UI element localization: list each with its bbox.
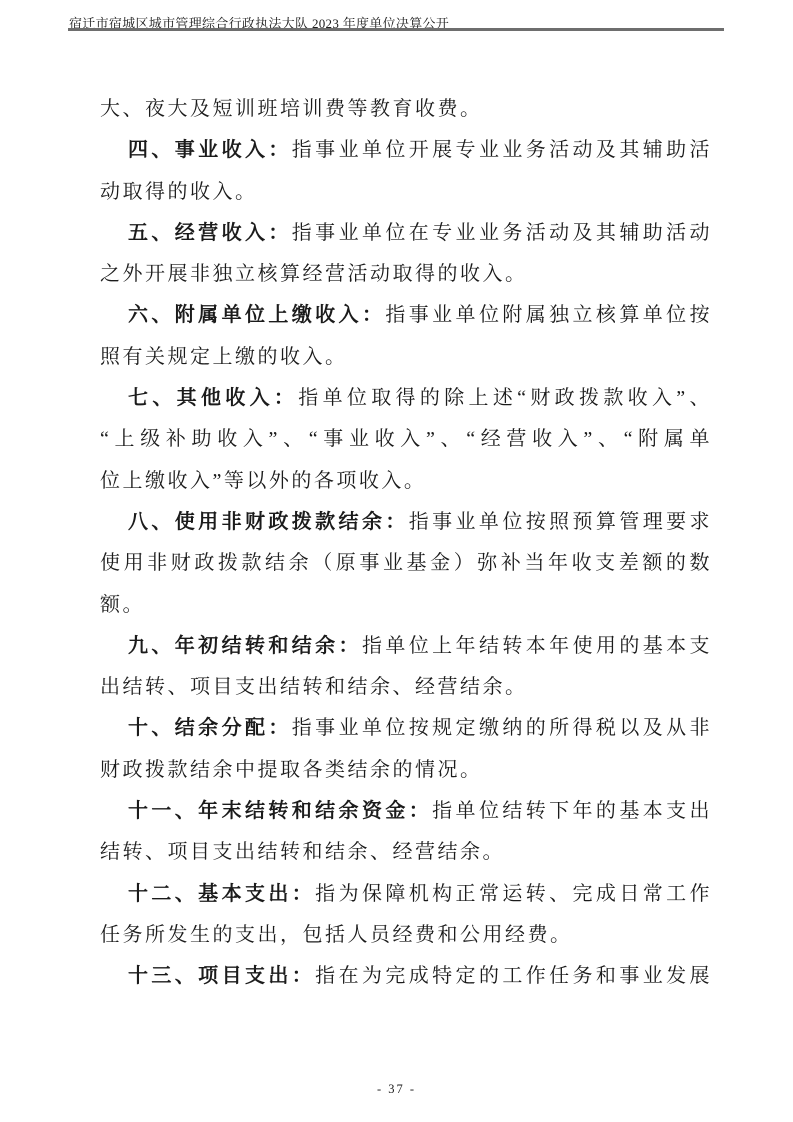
line-text: 指单位取得的除上述“财政拨款收入”、 (298, 387, 712, 409)
text-line: 结转、项目支出结转和结余、经营结余。 (100, 832, 712, 873)
document-page: 宿迁市宿城区城市管理综合行政执法大队 2023 年度单位决算公开 大、夜大及短训… (0, 0, 793, 1122)
line-text: 之外开展非独立核算经营活动取得的收入。 (100, 263, 528, 285)
paragraph-first-line: 十、结余分配：指事业单位按规定缴纳的所得税以及从非 (100, 708, 712, 749)
paragraph-first-line: 四、事业收入：指事业单位开展专业业务活动及其辅助活 (100, 130, 712, 171)
text-line: “上级补助收入”、“事业收入”、“经营收入”、“附属单 (100, 419, 712, 460)
text-line: 使用非财政拨款结余（原事业基金）弥补当年收支差额的数 (100, 543, 712, 584)
header-rule-line (68, 28, 724, 31)
text-line: 位上缴收入”等以外的各项收入。 (100, 461, 712, 502)
paragraph-heading: 四、事业收入： (128, 139, 292, 161)
line-text: 指事业单位按照预算管理要求 (409, 511, 712, 533)
paragraph-first-line: 九、年初结转和结余：指单位上年结转本年使用的基本支 (100, 626, 712, 667)
line-text: 结转、项目支出结转和结余、经营结余。 (100, 841, 505, 863)
text-line: 财政拨款结余中提取各类结余的情况。 (100, 750, 712, 791)
line-text: 出结转、项目支出结转和结余、经营结余。 (100, 676, 528, 698)
line-text: 指事业单位开展专业业务活动及其辅助活 (292, 139, 712, 161)
paragraph-heading: 十二、基本支出： (128, 883, 315, 905)
line-text: 财政拨款结余中提取各类结余的情况。 (100, 759, 483, 781)
paragraph-heading: 八、使用非财政拨款结余： (128, 511, 409, 533)
line-text: 位上缴收入”等以外的各项收入。 (100, 470, 426, 492)
paragraph-heading: 六、附属单位上缴收入： (128, 304, 385, 326)
paragraph-first-line: 五、经营收入：指事业单位在专业业务活动及其辅助活动 (100, 213, 712, 254)
line-text: 指单位上年结转本年使用的基本支 (362, 635, 712, 657)
line-text: 指事业单位附属独立核算单位按 (385, 304, 712, 326)
paragraph-heading: 十一、年末结转和结余资金： (128, 800, 432, 822)
paragraph-heading: 七、其他收入： (128, 387, 298, 409)
paragraph-heading: 五、经营收入： (128, 222, 292, 244)
line-text: “上级补助收入”、“事业收入”、“经营收入”、“附属单 (100, 428, 712, 450)
text-line: 动取得的收入。 (100, 172, 712, 213)
line-text: 额。 (100, 594, 145, 616)
line-text: 使用非财政拨款结余（原事业基金）弥补当年收支差额的数 (100, 552, 712, 574)
paragraph-first-line: 十二、基本支出：指为保障机构正常运转、完成日常工作 (100, 874, 712, 915)
line-text: 照有关规定上缴的收入。 (100, 346, 348, 368)
document-body: 大、夜大及短训班培训费等教育收费。四、事业收入：指事业单位开展专业业务活动及其辅… (100, 89, 712, 998)
text-line: 出结转、项目支出结转和结余、经营结余。 (100, 667, 712, 708)
line-text: 动取得的收入。 (100, 181, 258, 203)
line-text: 任务所发生的支出，包括人员经费和公用经费。 (100, 924, 573, 946)
paragraph-first-line: 十一、年末结转和结余资金：指单位结转下年的基本支出 (100, 791, 712, 832)
paragraph-first-line: 六、附属单位上缴收入：指事业单位附属独立核算单位按 (100, 295, 712, 336)
line-text: 指单位结转下年的基本支出 (432, 800, 712, 822)
line-text: 指事业单位按规定缴纳的所得税以及从非 (292, 717, 712, 739)
line-text: 大、夜大及短训班培训费等教育收费。 (100, 98, 483, 120)
paragraph-first-line: 十三、项目支出：指在为完成特定的工作任务和事业发展 (100, 956, 712, 997)
text-line: 照有关规定上缴的收入。 (100, 337, 712, 378)
text-line: 之外开展非独立核算经营活动取得的收入。 (100, 254, 712, 295)
line-text: 指在为完成特定的工作任务和事业发展 (315, 965, 712, 987)
line-text: 指为保障机构正常运转、完成日常工作 (315, 883, 712, 905)
paragraph-heading: 十、结余分配： (128, 717, 292, 739)
text-line: 额。 (100, 585, 712, 626)
text-line: 任务所发生的支出，包括人员经费和公用经费。 (100, 915, 712, 956)
page-number: - 37 - (0, 1082, 793, 1097)
text-line: 大、夜大及短训班培训费等教育收费。 (100, 89, 712, 130)
paragraph-first-line: 八、使用非财政拨款结余：指事业单位按照预算管理要求 (100, 502, 712, 543)
paragraph-heading: 十三、项目支出： (128, 965, 315, 987)
line-text: 指事业单位在专业业务活动及其辅助活动 (292, 222, 712, 244)
paragraph-first-line: 七、其他收入：指单位取得的除上述“财政拨款收入”、 (100, 378, 712, 419)
paragraph-heading: 九、年初结转和结余： (128, 635, 362, 657)
